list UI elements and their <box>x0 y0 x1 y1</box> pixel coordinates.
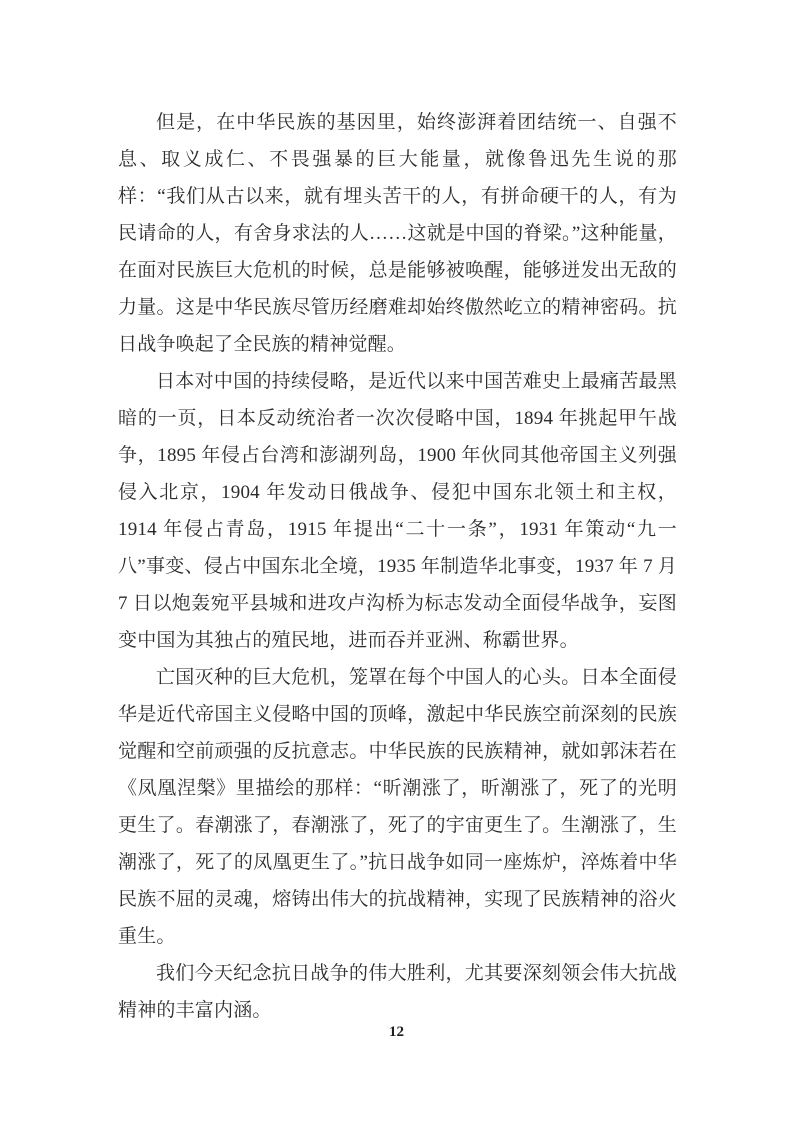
document-page: 但是，在中华民族的基因里，始终澎湃着团结统一、自强不息、取义成仁、不畏强暴的巨大… <box>0 0 793 1122</box>
document-body: 但是，在中华民族的基因里，始终澎湃着团结统一、自强不息、取义成仁、不畏强暴的巨大… <box>118 104 677 1029</box>
paragraph-4: 我们今天纪念抗日战争的伟大胜利，尤其要深刻领会伟大抗战精神的丰富内涵。 <box>118 955 677 1029</box>
paragraph-3: 亡国灭种的巨大危机，笼罩在每个中国人的心头。日本全面侵华是近代帝国主义侵略中国的… <box>118 659 677 955</box>
paragraph-1: 但是，在中华民族的基因里，始终澎湃着团结统一、自强不息、取义成仁、不畏强暴的巨大… <box>118 104 677 363</box>
paragraph-2: 日本对中国的持续侵略，是近代以来中国苦难史上最痛苦最黑暗的一页，日本反动统治者一… <box>118 363 677 659</box>
page-number: 12 <box>0 1022 793 1042</box>
